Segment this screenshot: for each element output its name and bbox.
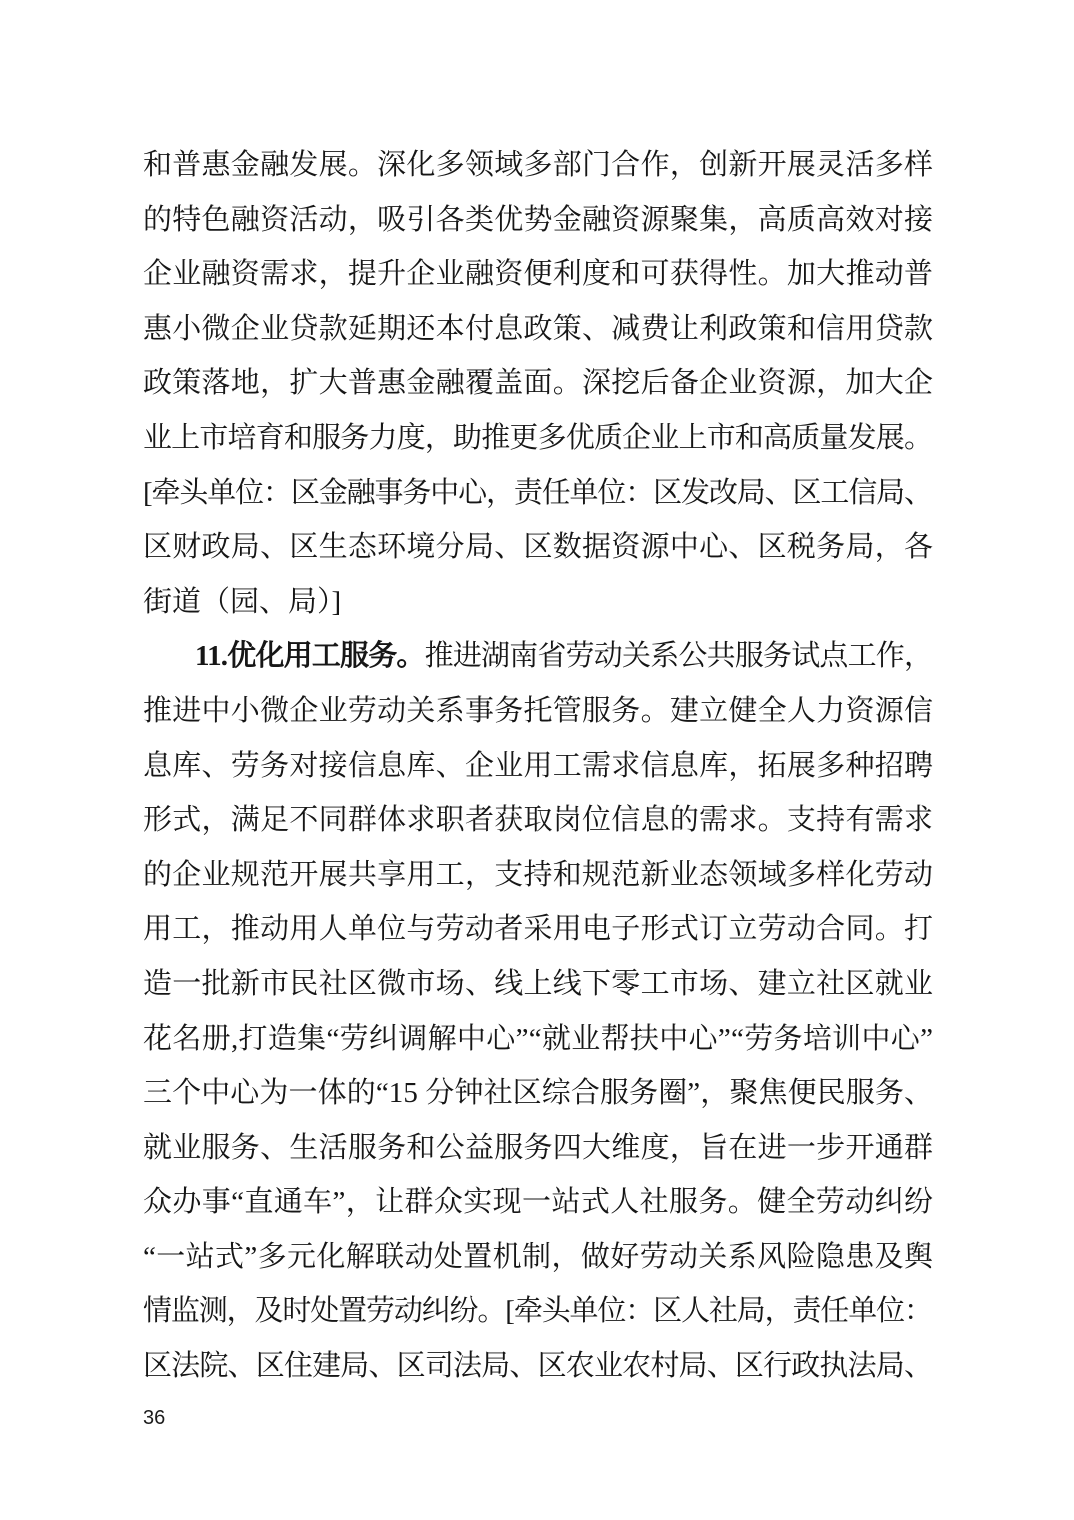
text-line: 的特色融资活动，吸引各类优势金融资源聚集，高质高效对接	[143, 193, 933, 248]
text-line: 情监测，及时处置劳动纠纷。[牵头单位：区人社局，责任单位：	[143, 1284, 933, 1339]
line-content: [牵头单位：区金融事务中心，责任单位：区发改局、区工信局、	[143, 477, 932, 509]
text-line: “一站式”多元化解联动处置机制，做好劳动关系风险隐患及舆	[143, 1230, 933, 1285]
text-line: 众办事“直通车”，让群众实现一站式人社服务。健全劳动纠纷	[143, 1175, 933, 1230]
text-line: 就业服务、生活服务和公益服务四大维度，旨在进一步开通群	[143, 1121, 933, 1176]
line-content: 的特色融资活动，吸引各类优势金融资源聚集，高质高效对接	[143, 204, 933, 236]
text-line: 和普惠金融发展。深化多领域多部门合作，创新开展灵活多样	[143, 138, 933, 193]
text-line: 区财政局、区生态环境分局、区数据资源中心、区税务局，各	[143, 520, 933, 575]
text-line-heading: 11.优化用工服务。推进湖南省劳动关系公共服务试点工作，	[143, 629, 933, 684]
line-content: 推进中小微企业劳动关系事务托管服务。建立健全人力资源信	[143, 695, 933, 727]
line-content: 和普惠金融发展。深化多领域多部门合作，创新开展灵活多样	[143, 149, 933, 181]
text-line: 企业融资需求，提升企业融资便利度和可获得性。加大推动普	[143, 247, 933, 302]
page-number: 36	[143, 1406, 165, 1430]
text-line: [牵头单位：区金融事务中心，责任单位：区发改局、区工信局、	[143, 466, 933, 521]
line-content: 花名册,打造集“劳纠调解中心”“就业帮扶中心”“劳务培训中心”	[143, 1023, 933, 1055]
text-line: 造一批新市民社区微市场、线上线下零工市场、建立社区就业	[143, 957, 933, 1012]
line-content: 业上市培育和服务力度，助推更多优质企业上市和高质量发展。	[143, 422, 932, 454]
line-content: 区法院、区住建局、区司法局、区农业农村局、区行政执法局、	[143, 1350, 932, 1382]
line-content: 的企业规范开展共享用工，支持和规范新业态领域多样化劳动	[143, 859, 933, 891]
text-line: 的企业规范开展共享用工，支持和规范新业态领域多样化劳动	[143, 848, 933, 903]
line-content: 息库、劳务对接信息库、企业用工需求信息库，拓展多种招聘	[143, 750, 933, 782]
text-line: 业上市培育和服务力度，助推更多优质企业上市和高质量发展。	[143, 411, 933, 466]
text-line: 三个中心为一体的“15 分钟社区综合服务圈”，聚焦便民服务、	[143, 1066, 933, 1121]
line-content: 惠小微企业贷款延期还本付息政策、减费让利政策和信用贷款	[143, 313, 933, 345]
line-content: 11.优化用工服务。推进湖南省劳动关系公共服务试点工作，	[195, 640, 932, 672]
text-line: 息库、劳务对接信息库、企业用工需求信息库，拓展多种招聘	[143, 739, 933, 794]
line-content: 造一批新市民社区微市场、线上线下零工市场、建立社区就业	[143, 968, 933, 1000]
text-line: 惠小微企业贷款延期还本付息政策、减费让利政策和信用贷款	[143, 302, 933, 357]
line-content: 区财政局、区生态环境分局、区数据资源中心、区税务局，各	[143, 531, 933, 563]
line-content: 就业服务、生活服务和公益服务四大维度，旨在进一步开通群	[143, 1132, 933, 1164]
line-content: 企业融资需求，提升企业融资便利度和可获得性。加大推动普	[143, 258, 933, 290]
line-content: “一站式”多元化解联动处置机制，做好劳动关系风险隐患及舆	[143, 1241, 933, 1273]
text-line: 用工，推动用人单位与劳动者采用电子形式订立劳动合同。打	[143, 902, 933, 957]
text-line: 形式，满足不同群体求职者获取岗位信息的需求。支持有需求	[143, 793, 933, 848]
document-page: 和普惠金融发展。深化多领域多部门合作，创新开展灵活多样的特色融资活动，吸引各类优…	[0, 0, 1074, 1520]
text-line: 政策落地，扩大普惠金融覆盖面。深挖后备企业资源，加大企	[143, 356, 933, 411]
line-content: 三个中心为一体的“15 分钟社区综合服务圈”，聚焦便民服务、	[143, 1077, 933, 1109]
line-content: 众办事“直通车”，让群众实现一站式人社服务。健全劳动纠纷	[143, 1186, 933, 1218]
line-content: 情监测，及时处置劳动纠纷。[牵头单位：区人社局，责任单位：	[143, 1295, 932, 1327]
text-line: 区法院、区住建局、区司法局、区农业农村局、区行政执法局、	[143, 1339, 933, 1394]
text-line: 花名册,打造集“劳纠调解中心”“就业帮扶中心”“劳务培训中心”	[143, 1012, 933, 1067]
text-line: 推进中小微企业劳动关系事务托管服务。建立健全人力资源信	[143, 684, 933, 739]
heading-run: 11.优化用工服务。	[195, 640, 425, 672]
line-content: 街道（园、局）]	[143, 586, 341, 618]
text-body: 和普惠金融发展。深化多领域多部门合作，创新开展灵活多样的特色融资活动，吸引各类优…	[143, 138, 933, 1394]
line-content: 政策落地，扩大普惠金融覆盖面。深挖后备企业资源，加大企	[143, 367, 933, 399]
text-line: 街道（园、局）]	[143, 575, 933, 630]
line-content: 形式，满足不同群体求职者获取岗位信息的需求。支持有需求	[143, 804, 933, 836]
line-content: 用工，推动用人单位与劳动者采用电子形式订立劳动合同。打	[143, 913, 933, 945]
